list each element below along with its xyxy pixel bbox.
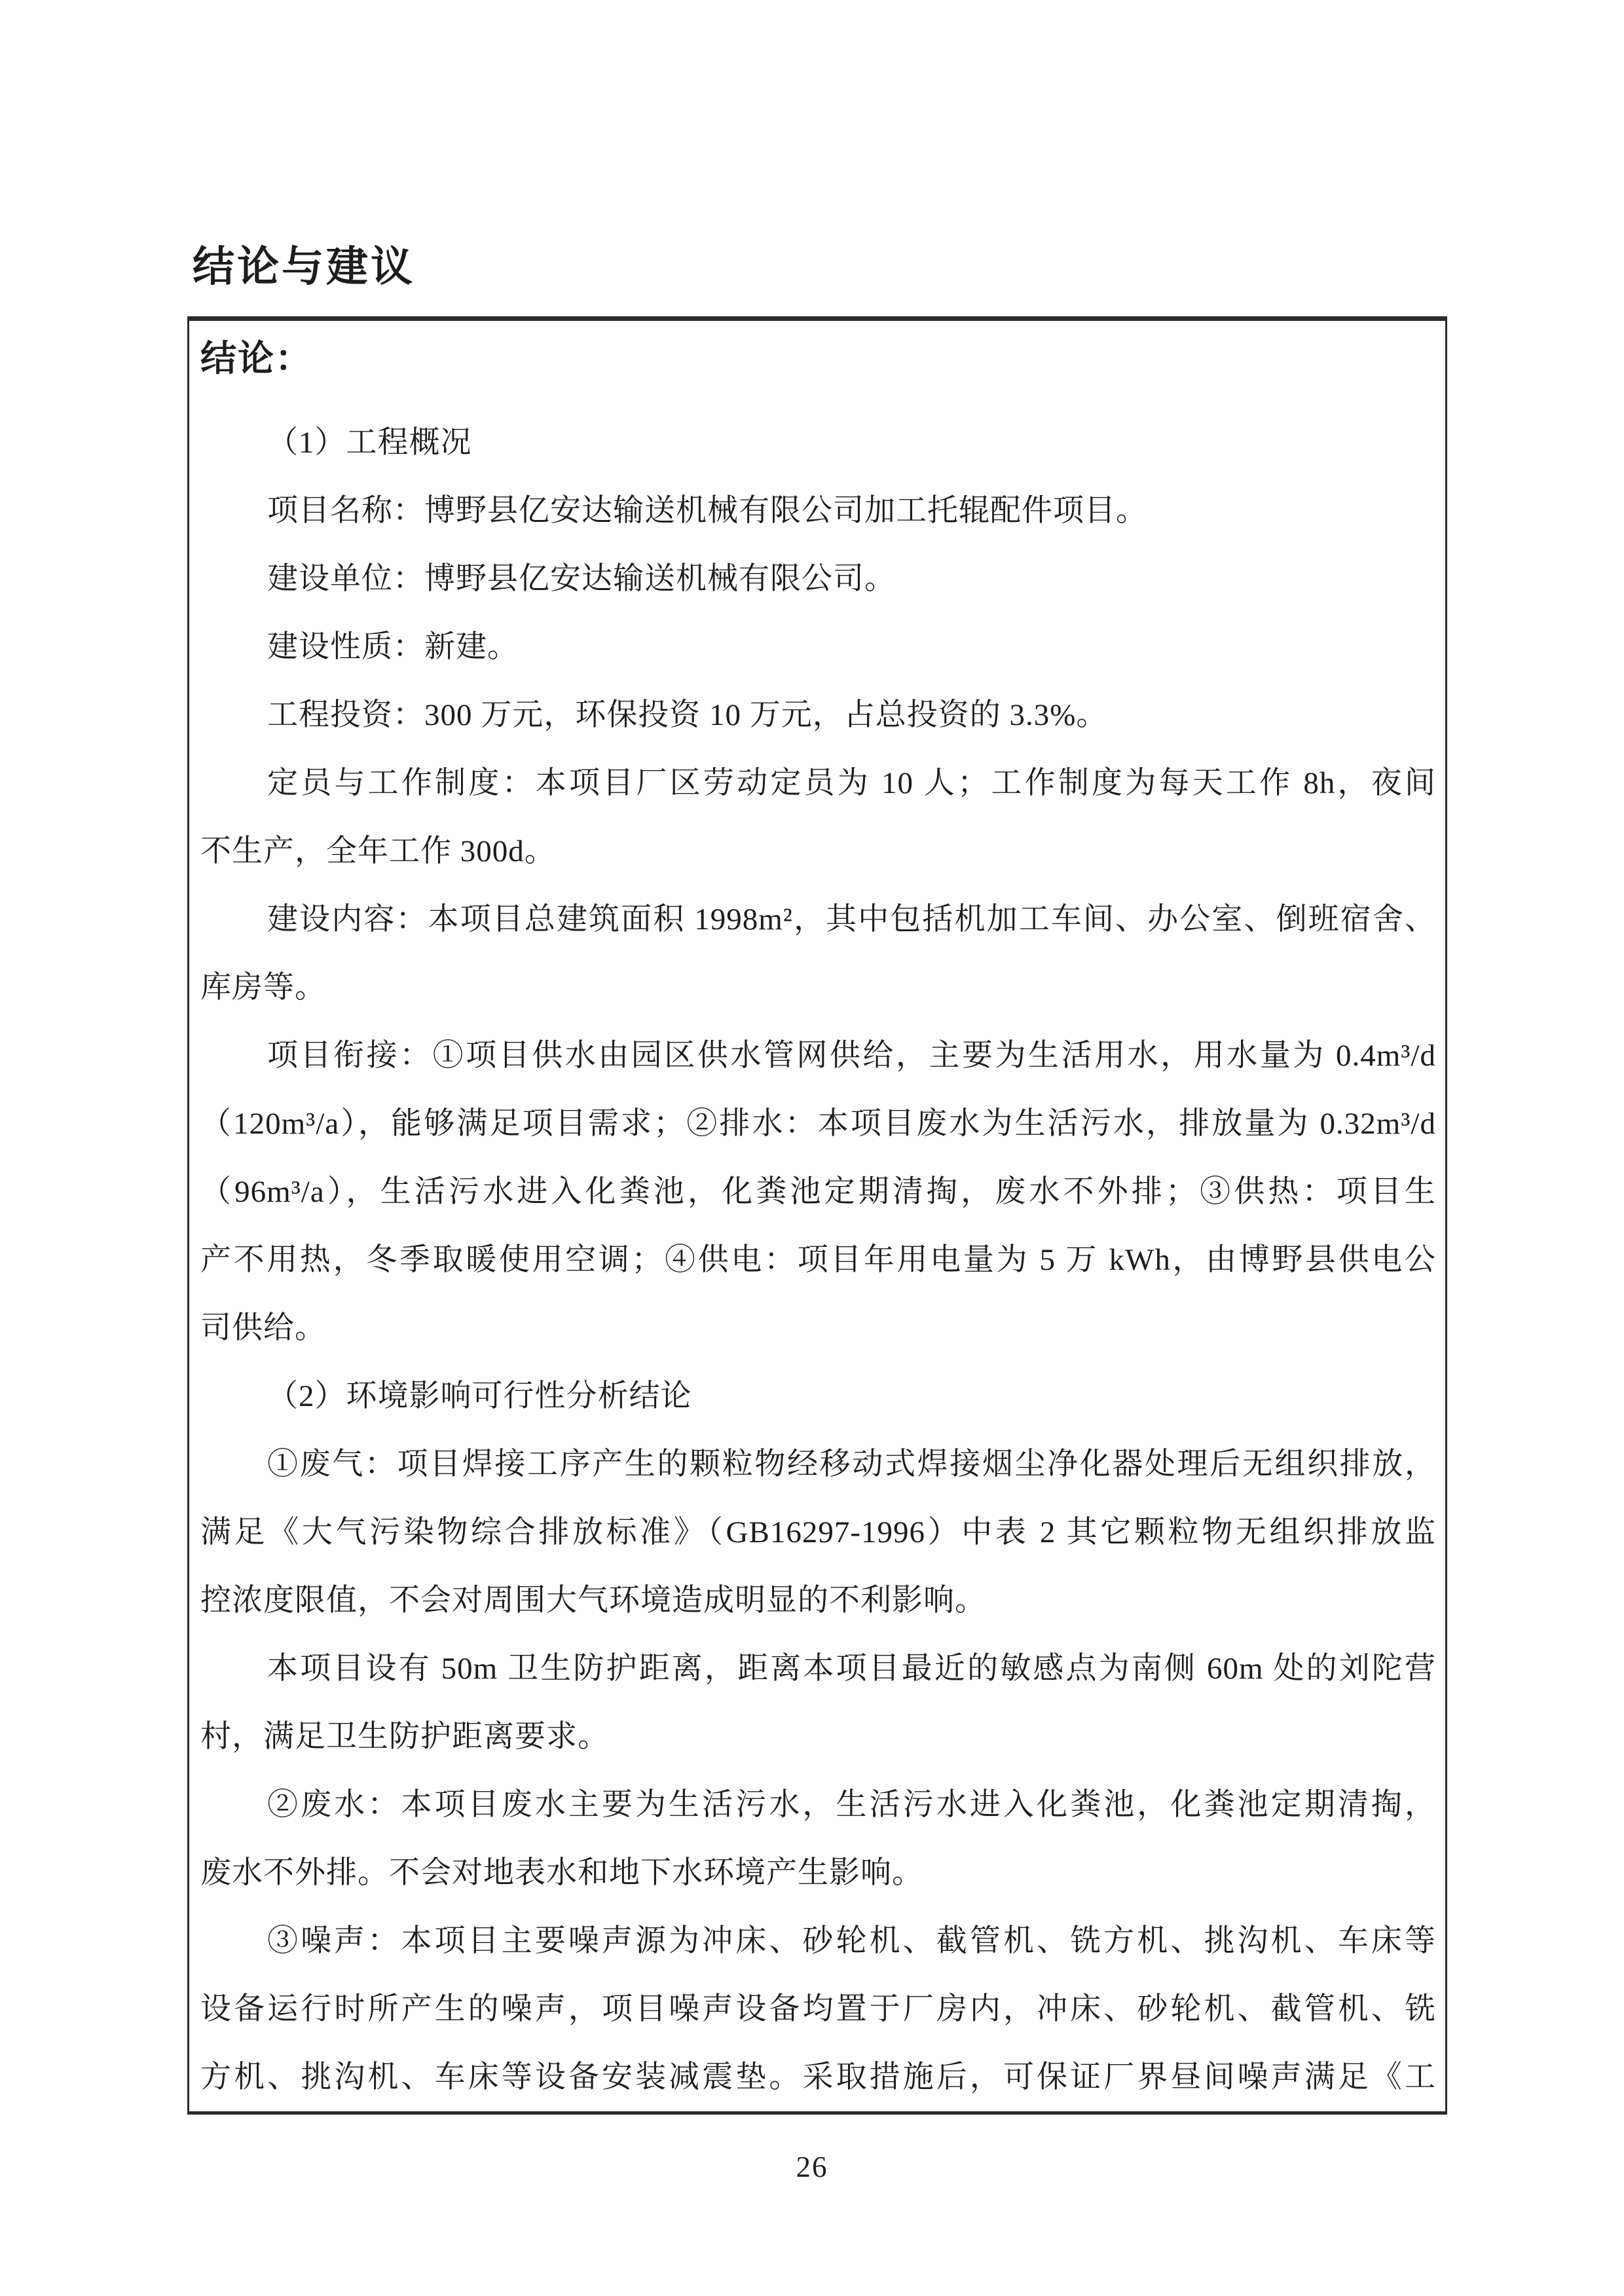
- document-page: 结论与建议 结论： （1）工程概况项目名称：博野县亿安达输送机械有限公司加工托辊…: [0, 0, 1624, 2296]
- text-line: 工程投资：300 万元，环保投资 10 万元，占总投资的 3.3%。: [200, 681, 1436, 749]
- text-line: （120m³/a），能够满足项目需求；②排水：本项目废水为生活污水，排放量为 0…: [200, 1090, 1436, 1158]
- conclusion-box: 结论： （1）工程概况项目名称：博野县亿安达输送机械有限公司加工托辊配件项目。建…: [187, 316, 1447, 2115]
- text-line: 不生产，全年工作 300d。: [200, 817, 1436, 885]
- text-line: 建设性质：新建。: [200, 613, 1436, 681]
- text-line: 本项目设有 50m 卫生防护距离，距离本项目最近的敏感点为南侧 60m 处的刘陀…: [200, 1635, 1436, 1703]
- conclusion-heading: 结论：: [200, 338, 1436, 380]
- text-line: 建设内容：本项目总建筑面积 1998m²，其中包括机加工车间、办公室、倒班宿舍、: [200, 885, 1436, 954]
- text-line: （1）工程概况: [200, 409, 1436, 477]
- text-line: 产不用热，冬季取暖使用空调；④供电：项目年用电量为 5 万 kWh，由博野县供电…: [200, 1226, 1436, 1294]
- text-line: 控浓度限值，不会对周围大气环境造成明显的不利影响。: [200, 1566, 1436, 1635]
- text-line: 项目名称：博野县亿安达输送机械有限公司加工托辊配件项目。: [200, 477, 1436, 545]
- conclusion-body: （1）工程概况项目名称：博野县亿安达输送机械有限公司加工托辊配件项目。建设单位：…: [200, 409, 1436, 2111]
- text-line: ②废水：本项目废水主要为生活污水，生活污水进入化粪池，化粪池定期清掏，: [200, 1771, 1436, 1839]
- text-line: 废水不外排。不会对地表水和地下水环境产生影响。: [200, 1839, 1436, 1907]
- text-line: （96m³/a），生活污水进入化粪池，化粪池定期清掏，废水不外排；③供热：项目生: [200, 1158, 1436, 1226]
- text-line: （2）环境影响可行性分析结论: [200, 1362, 1436, 1430]
- text-line: ①废气：项目焊接工序产生的颗粒物经移动式焊接烟尘净化器处理后无组织排放，: [200, 1430, 1436, 1498]
- text-line: 项目衔接：①项目供水由园区供水管网供给，主要为生活用水，用水量为 0.4m³/d: [200, 1022, 1436, 1090]
- text-line: 方机、挑沟机、车床等设备安装减震垫。采取措施后，可保证厂界昼间噪声满足《工: [200, 2043, 1436, 2111]
- text-line: 满足《大气污染物综合排放标准》（GB16297-1996）中表 2 其它颗粒物无…: [200, 1498, 1436, 1566]
- text-line: 设备运行时所产生的噪声，项目噪声设备均置于厂房内，冲床、砂轮机、截管机、铣: [200, 1975, 1436, 2043]
- text-line: ③噪声：本项目主要噪声源为冲床、砂轮机、截管机、铣方机、挑沟机、车床等: [200, 1907, 1436, 1975]
- page-title: 结论与建议: [193, 233, 415, 293]
- text-line: 定员与工作制度：本项目厂区劳动定员为 10 人；工作制度为每天工作 8h，夜间: [200, 749, 1436, 817]
- text-line: 建设单位：博野县亿安达输送机械有限公司。: [200, 545, 1436, 613]
- page-number: 26: [0, 2150, 1624, 2184]
- text-line: 库房等。: [200, 954, 1436, 1022]
- text-line: 司供给。: [200, 1294, 1436, 1362]
- text-line: 村，满足卫生防护距离要求。: [200, 1703, 1436, 1771]
